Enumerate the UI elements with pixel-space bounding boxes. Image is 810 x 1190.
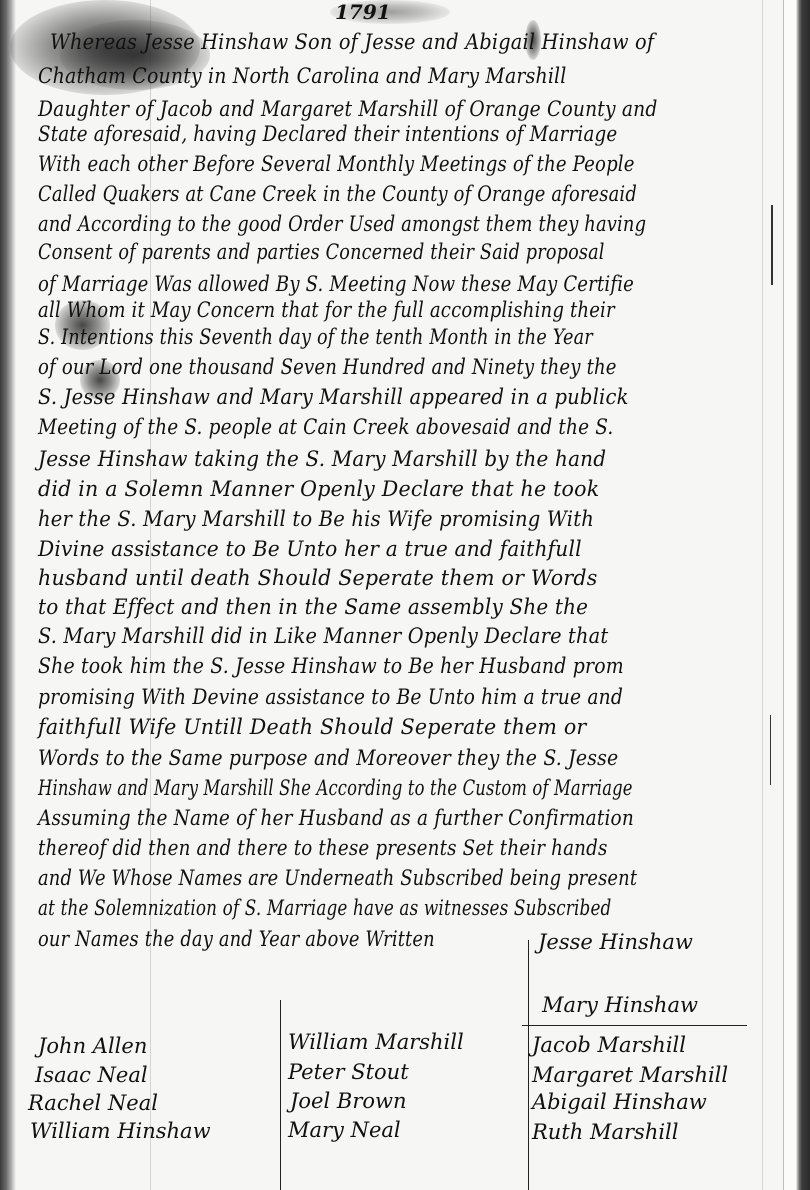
body-line-6: Called Quakers at Cane Creek in the Coun… xyxy=(38,182,637,206)
body-line-10: all Whom it May Concern that for the ful… xyxy=(38,298,615,322)
signature-underline xyxy=(522,1025,747,1026)
witness-signature: Joel Brown xyxy=(290,1089,407,1113)
witness-signature: William Marshill xyxy=(288,1030,464,1054)
body-line-31: our Names the day and Year above Written xyxy=(38,927,435,951)
signature-bride: Mary Hinshaw xyxy=(542,993,698,1017)
witness-signature: Mary Neal xyxy=(288,1118,401,1142)
body-line-3: Daughter of Jacob and Margaret Marshill … xyxy=(38,97,658,121)
margin-mark xyxy=(770,715,771,785)
body-line-15: Jesse Hinshaw taking the S. Mary Marshil… xyxy=(38,447,606,471)
signature-column-divider xyxy=(280,1000,281,1190)
scan-edge-left xyxy=(0,0,16,1190)
witness-signature: Jacob Marshill xyxy=(532,1033,686,1057)
body-line-8: Consent of parents and parties Concerned… xyxy=(38,240,605,264)
body-line-2: Chatham County in North Carolina and Mar… xyxy=(38,64,567,88)
body-line-7: and According to the good Order Used amo… xyxy=(38,212,646,236)
ruling-line xyxy=(762,0,763,1190)
body-line-28: thereof did then and there to these pres… xyxy=(38,836,608,860)
body-line-1: Whereas Jesse Hinshaw Son of Jesse and A… xyxy=(50,30,654,54)
witness-signature: Rachel Neal xyxy=(28,1091,158,1115)
body-line-16: did in a Solemn Manner Openly Declare th… xyxy=(38,477,599,501)
witness-signature: John Allen xyxy=(38,1034,147,1058)
body-line-12: of our Lord one thousand Seven Hundred a… xyxy=(38,355,617,379)
body-line-19: husband until death Should Seperate them… xyxy=(38,566,598,590)
body-line-21: S. Mary Marshill did in Like Manner Open… xyxy=(38,624,608,648)
body-line-26: Hinshaw and Mary Marshill She According … xyxy=(38,776,633,800)
body-line-24: faithfull Wife Untill Death Should Seper… xyxy=(38,715,586,739)
body-line-13: S. Jesse Hinshaw and Mary Marshill appea… xyxy=(38,385,629,409)
margin-mark xyxy=(771,205,773,285)
body-line-27: Assuming the Name of her Husband as a fu… xyxy=(38,806,634,830)
witness-signature: William Hinshaw xyxy=(30,1119,211,1143)
witness-signature: Isaac Neal xyxy=(35,1063,148,1087)
body-line-23: promising With Devine assistance to Be U… xyxy=(38,685,623,709)
witness-signature: Ruth Marshill xyxy=(532,1120,679,1144)
scan-edge-right xyxy=(796,0,810,1190)
body-line-17: her the S. Mary Marshill to Be his Wife … xyxy=(38,507,594,531)
body-line-30: at the Solemnization of S. Marriage have… xyxy=(38,896,611,920)
body-line-11: S. Intentions this Seventh day of the te… xyxy=(38,325,593,349)
body-line-4: State aforesaid, having Declared their i… xyxy=(38,122,617,146)
scanned-document-page: 1791 Whereas Jesse Hinshaw Son of Jesse … xyxy=(0,0,810,1190)
witness-signature: Margaret Marshill xyxy=(532,1063,728,1087)
witness-signature: Peter Stout xyxy=(288,1060,409,1084)
body-line-5: With each other Before Several Monthly M… xyxy=(38,152,635,176)
header-mark: 1791 xyxy=(335,0,391,24)
body-line-29: and We Whose Names are Underneath Subscr… xyxy=(38,866,637,890)
witness-signature: Abigail Hinshaw xyxy=(532,1090,707,1114)
body-line-9: of Marriage Was allowed By S. Meeting No… xyxy=(38,272,634,296)
signature-groom: Jesse Hinshaw xyxy=(538,930,693,954)
body-line-22: She took him the S. Jesse Hinshaw to Be … xyxy=(38,654,624,678)
body-line-18: Divine assistance to Be Unto her a true … xyxy=(38,537,582,561)
body-line-25: Words to the Same purpose and Moreover t… xyxy=(38,746,618,770)
body-line-20: to that Effect and then in the Same asse… xyxy=(38,595,588,619)
scan-margin-right xyxy=(783,0,796,1190)
body-line-14: Meeting of the S. people at Cain Creek a… xyxy=(38,415,613,439)
signature-column-divider xyxy=(528,940,529,1190)
